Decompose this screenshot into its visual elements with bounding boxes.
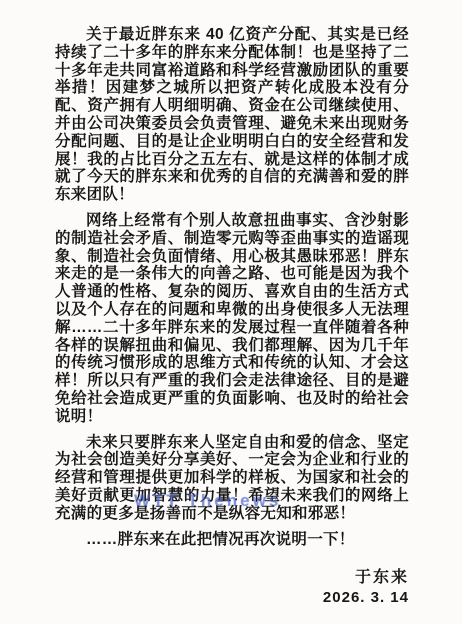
statement-page: WTT Thenews 关于最近胖东来 40 亿资产分配、其实是已经持续了二十多…: [0, 0, 462, 624]
paragraph-future-vision: 未来只要胖东来人坚定自由和爱的信念、坚定为社会创造美好分享美好、一定会为企业和行…: [55, 434, 409, 523]
statement-body: 关于最近胖东来 40 亿资产分配、其实是已经持续了二十多年的胖东来分配体制！也是…: [55, 26, 409, 607]
paragraph-asset-distribution: 关于最近胖东来 40 亿资产分配、其实是已经持续了二十多年的胖东来分配体制！也是…: [55, 26, 409, 204]
signature-name: 于东来: [55, 568, 409, 588]
paragraph-closing-note: ……胖东来在此把情况再次说明一下！: [55, 531, 409, 549]
paragraph-online-rumors: 网络上经常有个别人故意扭曲事实、含沙射影的制造社会矛盾、制造零元购等歪曲事实的造…: [55, 212, 409, 426]
signature-date: 2026. 3. 14: [55, 588, 409, 607]
signature-block: 于东来 2026. 3. 14: [55, 568, 409, 607]
